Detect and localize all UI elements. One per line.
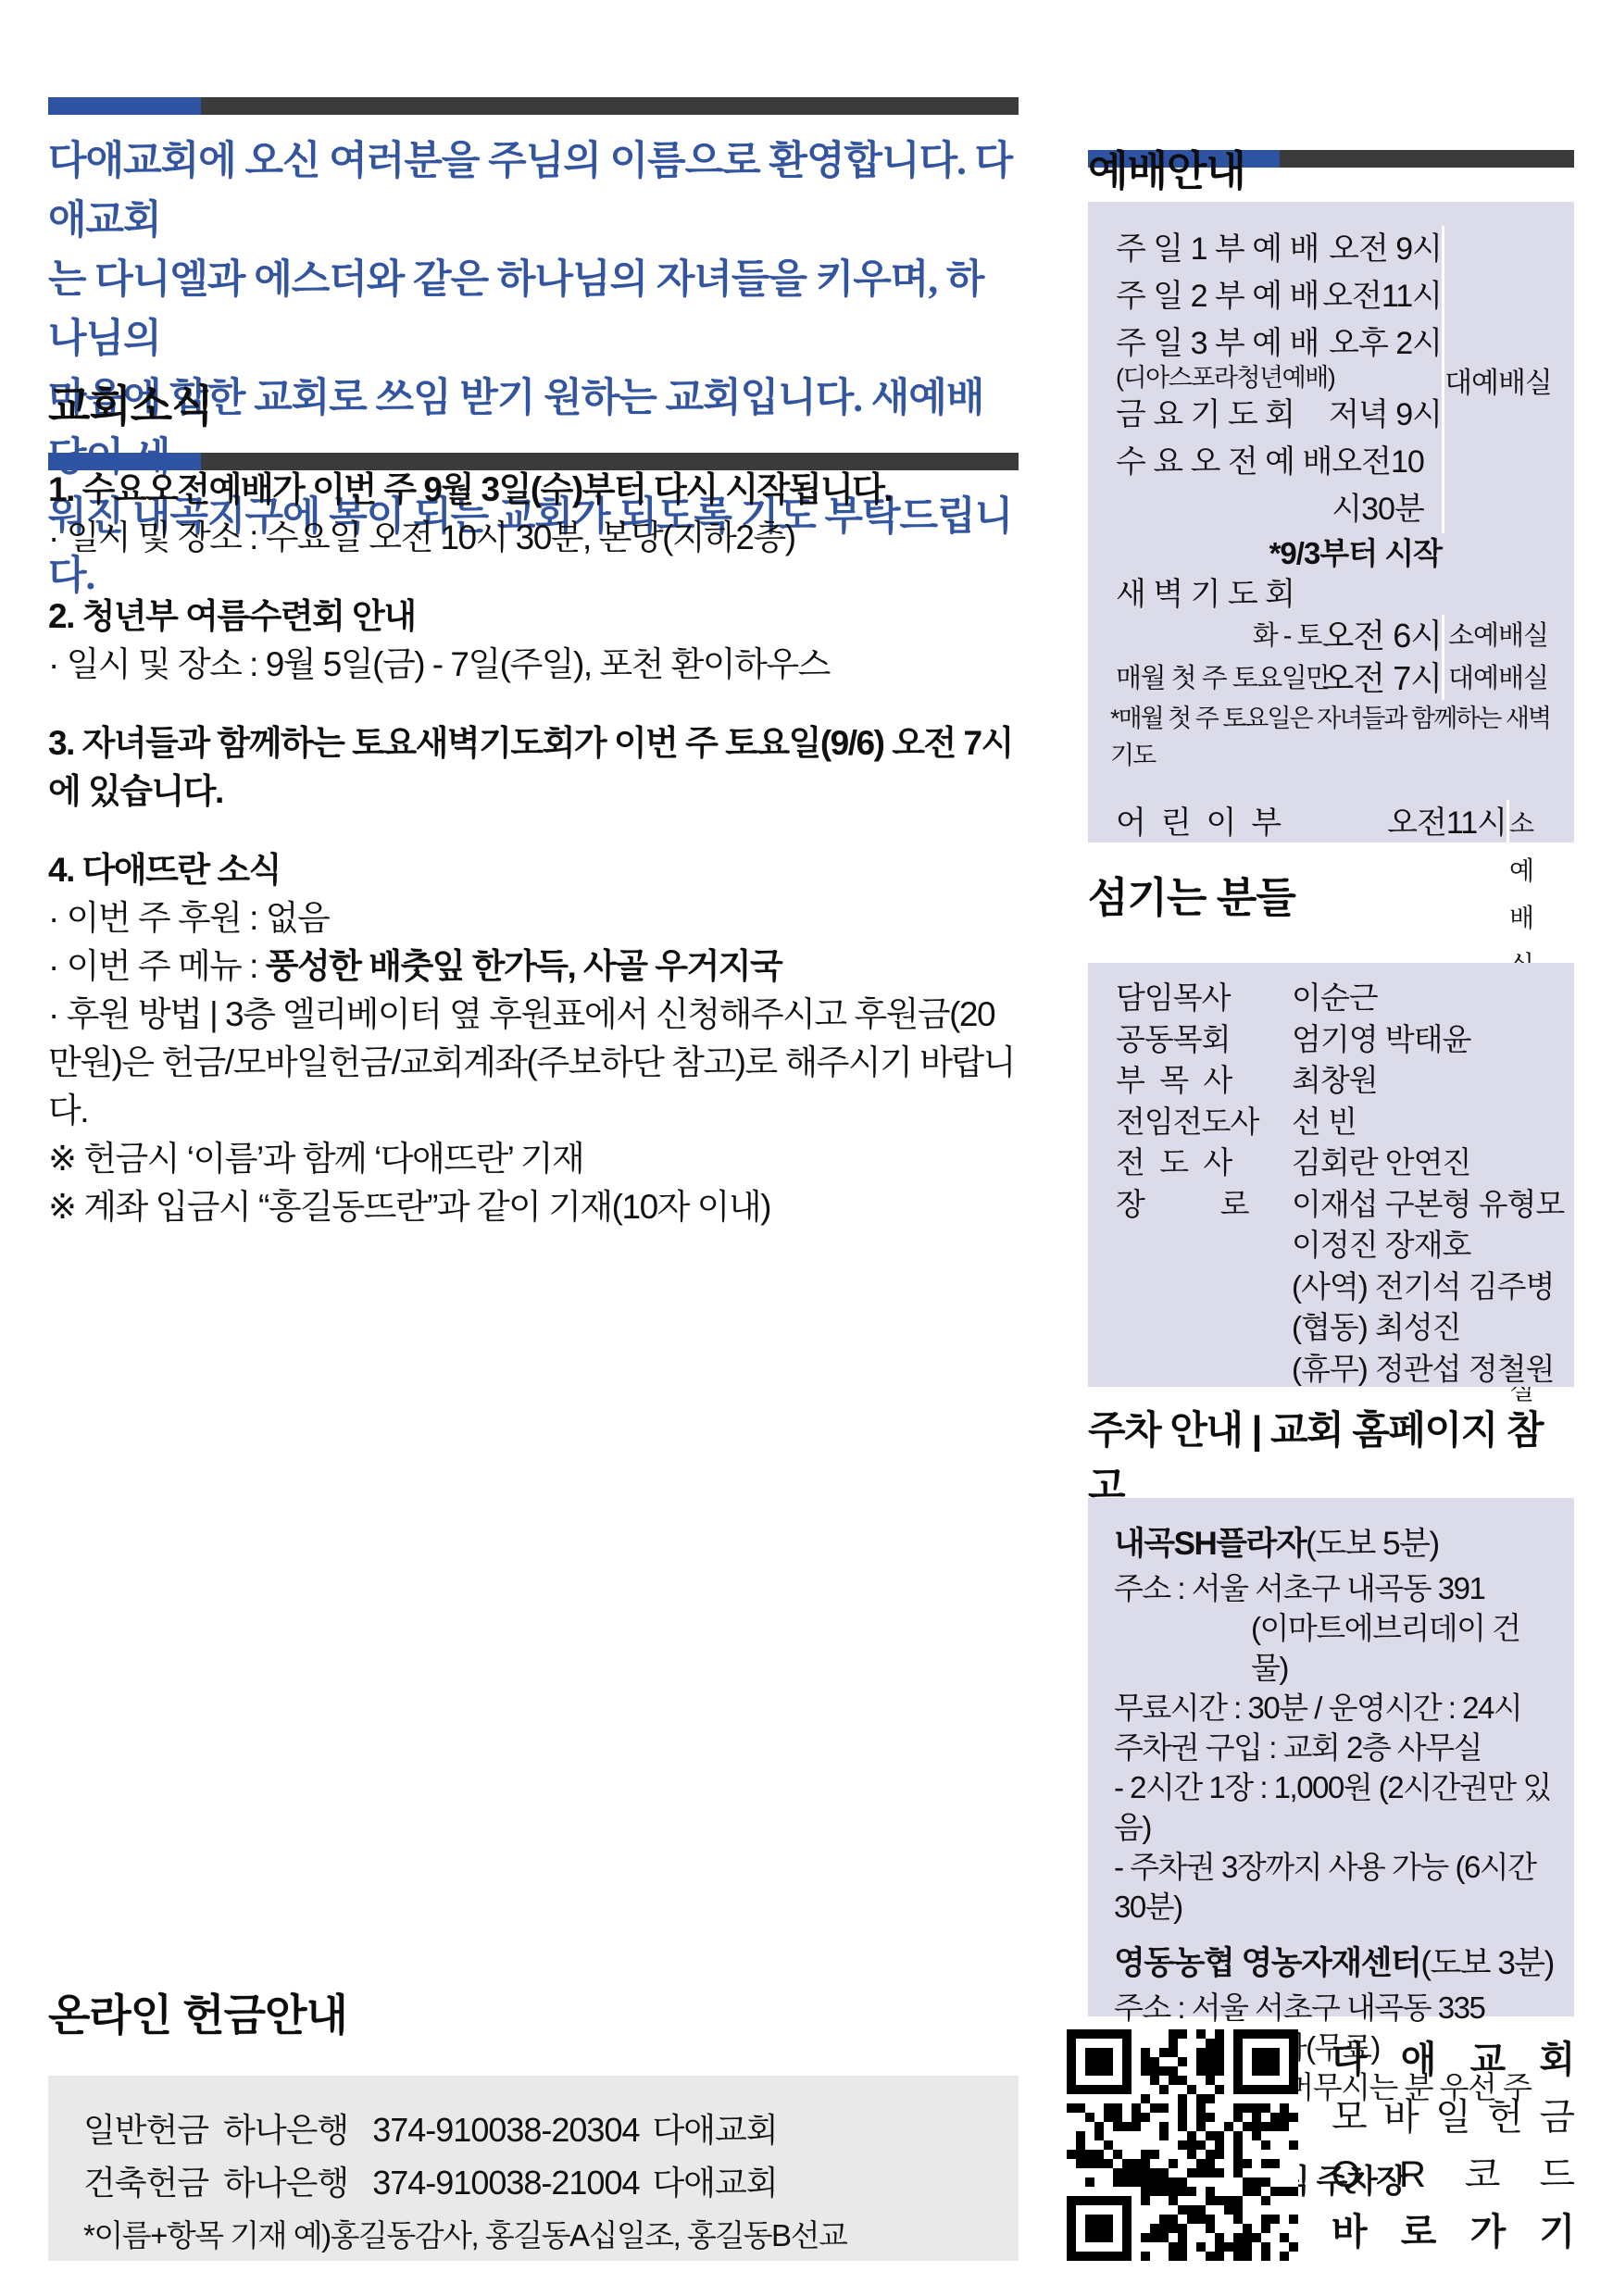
news-item-title: 1. 수요오전예배가 이번 주 9월 3일(수)부터 다시 시작됩니다. (48, 466, 1019, 514)
worship-heading: 예배안내 (1088, 137, 1574, 197)
mobile-giving-qr-section: 다 애 교 회 모 바 일 헌 금 Q R 코 드 바 로 가 기 (1067, 2029, 1574, 2261)
servant-names: 엄기영 박태윤 (1292, 1019, 1552, 1061)
parking-detail: 주소 : 서울 서초구 내곡동 391 (1114, 1568, 1556, 1608)
service-time: 오전 9시 (1329, 226, 1442, 273)
dawn-room: 대예배실 (1442, 657, 1552, 700)
welcome-line: 다애교회에 오신 여러분을 주님의 이름으로 환영합니다. 다애교회 (48, 132, 1019, 251)
start-date-note: *9/3부터 시작 (1116, 533, 1442, 574)
parking-walk-time: (도보 3분) (1420, 1945, 1553, 1981)
servant-role: 전임전도사 (1116, 1102, 1292, 1143)
qr-caption-line: 모 바 일 헌 금 (1332, 2089, 1574, 2146)
servant-names: (사역) 전기석 김주병 (1292, 1267, 1554, 1308)
servant-row: 전 도 사김회란 안연진 (1116, 1142, 1552, 1184)
dawn-days: 화 - 토 (1116, 615, 1321, 657)
parking-detail: - 주차권 3장까지 사용 가능 (6시간 30분) (1114, 1847, 1556, 1927)
news-item: 3. 자녀들과 함께하는 토요새벽기도회가 이번 주 토요일(9/6) 오전 7… (48, 719, 1019, 816)
worship-row: 금 요 기 도 회저녁 9시 (1116, 392, 1442, 439)
qr-code (1067, 2029, 1298, 2261)
servant-row: 공동목회엄기영 박태윤 (1116, 1019, 1552, 1061)
service-time: 오전11시 (1322, 273, 1442, 320)
worship-row: 수 요 오 전 예 배오전10시30분 (1116, 439, 1442, 533)
online-giving-panel: 일반헌금하나은행374-910038-20304다애교회 건축헌금하나은행374… (48, 2076, 1019, 2261)
worship-row: 주 일 3 부 예 배오후 2시 (1116, 320, 1442, 368)
servant-row: (사역) 전기석 김주병 (1116, 1267, 1552, 1308)
bank-account-row: 건축헌금하나은행374-910038-21004다애교회 (83, 2156, 991, 2209)
account-number: 374-910038-21004 (372, 2164, 639, 2202)
account-holder: 다애교회 (653, 2164, 778, 2202)
servant-role: 전 도 사 (1116, 1142, 1292, 1184)
news-item-title: 3. 자녀들과 함께하는 토요새벽기도회가 이번 주 토요일(9/6) 오전 7… (48, 719, 1019, 816)
bank-name: 하나은행 (223, 2164, 348, 2202)
worship-main-block: 주 일 1 부 예 배오전 9시 주 일 2 부 예 배오전11시 주 일 3 … (1116, 226, 1552, 533)
servant-names: 최창원 (1292, 1060, 1552, 1102)
servant-row: (휴무) 정관섭 정철원 (1116, 1349, 1552, 1391)
service-subtitle: (디아스포라청년예배) (1116, 364, 1442, 392)
servants-heading: 섬기는 분들 (1088, 864, 1574, 924)
giving-note: *이름+항목 기재 예)홍길동감사, 홍길동A십일조, 홍길동B선교 (83, 2209, 991, 2262)
parking-heading: 주차 안내 | 교회 홈페이지 참고 (1088, 1400, 1574, 1511)
servant-role: 담임목사 (1116, 978, 1292, 1019)
service-name: 금 요 기 도 회 (1116, 392, 1294, 439)
parking-lot-name: 내곡SH플라자 (1114, 1526, 1306, 1562)
news-item-title: 4. 다애뜨란 소식 (48, 846, 1019, 894)
worship-row: 주 일 2 부 예 배오전11시 (1116, 273, 1442, 320)
servant-names: 김회란 안연진 (1292, 1142, 1552, 1184)
qr-caption-line: 다 애 교 회 (1332, 2031, 1574, 2089)
service-time: 오전10시30분 (1332, 439, 1442, 533)
bank-name: 하나은행 (223, 2111, 348, 2149)
servant-names: (휴무) 정관섭 정철원 (1292, 1349, 1554, 1391)
news-item-detail: · 일시 및 장소 : 수요일 오전 10시 30분, 본당(지하2층) (48, 514, 1019, 562)
account-type: 일반헌금 (83, 2111, 208, 2149)
service-time: 저녁 9시 (1329, 392, 1442, 439)
servant-row: 이정진 장재호 (1116, 1225, 1552, 1267)
dawn-room: 소예배실 (1442, 615, 1552, 657)
news-item-note: ※ 계좌 입금시 “홍길동뜨란”과 같이 기재(10자 이내) (48, 1183, 1019, 1231)
parking-lot-heading: 내곡SH플라자(도보 5분) (1114, 1520, 1556, 1568)
parking-panel: 내곡SH플라자(도보 5분) 주소 : 서울 서초구 내곡동 391 (이마트에… (1088, 1498, 1574, 2016)
parking-detail: 주소 : 서울 서초구 내곡동 335 (1114, 1988, 1556, 2028)
worship-row: 주 일 1 부 예 배오전 9시 (1116, 226, 1442, 273)
news-item-detail: · 일시 및 장소 : 9월 5일(금) - 7일(주일), 포천 환이하우스 (48, 641, 1019, 689)
parking-lot-heading: 영동농협 영농자재센터(도보 3분) (1114, 1940, 1556, 1988)
servant-names: 이정진 장재호 (1292, 1225, 1552, 1267)
news-item: 4. 다애뜨란 소식 · 이번 주 후원 : 없음 · 이번 주 메뉴 : 풍성… (48, 846, 1019, 1231)
church-news-list: 1. 수요오전예배가 이번 주 9월 3일(수)부터 다시 시작됩니다. · 일… (48, 466, 1019, 1262)
servant-role (1116, 1225, 1292, 1267)
servant-role: 공동목회 (1116, 1019, 1292, 1061)
news-item-title: 2. 청년부 여름수련회 안내 (48, 593, 1019, 641)
dawn-prayer-block: 화 - 토 오전 6시 소예배실 매월 첫 주 토요일만 오전 7시 대예배실 (1116, 615, 1552, 700)
dawn-time: 오전 7시 (1321, 657, 1442, 700)
menu-value: 풍성한 배춧잎 한가득, 사골 우거지국 (266, 947, 782, 985)
servant-names: 선 빈 (1292, 1102, 1552, 1143)
account-holder: 다애교회 (653, 2111, 778, 2149)
church-news-heading: 교회소식 (48, 372, 1019, 434)
account-type: 건축헌금 (83, 2164, 208, 2202)
service-name: 주 일 2 부 예 배 (1116, 273, 1319, 320)
news-item-detail: · 이번 주 메뉴 : 풍성한 배춧잎 한가득, 사골 우거지국 (48, 942, 1019, 991)
online-giving-heading: 온라인 헌금안내 (48, 1981, 1019, 2043)
qr-caption-line: 바 로 가 기 (1332, 2203, 1574, 2261)
account-number: 374-910038-20304 (372, 2111, 639, 2149)
parking-detail: 주차권 구입 : 교회 2층 사무실 (1114, 1728, 1556, 1767)
servant-row: 장 로이재섭 구본형 유형모 (1116, 1184, 1552, 1226)
dawn-time: 오전 6시 (1321, 615, 1442, 657)
bank-account-row: 일반헌금하나은행374-910038-20304다애교회 (83, 2103, 991, 2156)
servant-names: 이재섭 구본형 유형모 (1292, 1184, 1564, 1226)
parking-detail: - 2시간 1장 : 1,000원 (2시간권만 있음) (1114, 1767, 1556, 1847)
news-item-note: ※ 헌금시 ‘이름’과 함께 ‘다애뜨란’ 기재 (48, 1135, 1019, 1183)
dawn-days: 매월 첫 주 토요일만 (1116, 657, 1321, 700)
service-name: 주 일 3 부 예 배 (1116, 320, 1319, 368)
service-name: 주 일 1 부 예 배 (1116, 226, 1319, 273)
news-item: 1. 수요오전예배가 이번 주 9월 3일(수)부터 다시 시작됩니다. · 일… (48, 466, 1019, 562)
news-item-detail: · 후원 방법 | 3층 엘리베이터 옆 후원표에서 신청해주시고 후원금(20… (48, 991, 1019, 1135)
dawn-note: *매월 첫 주 토요일은 자녀들과 함께하는 새벽기도 (1110, 700, 1552, 774)
qr-caption: 다 애 교 회 모 바 일 헌 금 Q R 코 드 바 로 가 기 (1332, 2029, 1574, 2261)
parking-walk-time: (도보 5분) (1306, 1526, 1438, 1562)
servant-names: 이순근 (1292, 978, 1552, 1019)
servant-role (1116, 1307, 1292, 1349)
parking-detail: 무료시간 : 30분 / 운영시간 : 24시 (1114, 1688, 1556, 1728)
servant-names: (협동) 최성진 (1292, 1307, 1552, 1349)
menu-label: · 이번 주 메뉴 : (48, 947, 266, 985)
parking-detail: (이마트에브리데이 건물) (1114, 1608, 1556, 1688)
qr-caption-line: Q R 코 드 (1332, 2146, 1574, 2203)
worship-schedule-panel: 주 일 1 부 예 배오전 9시 주 일 2 부 예 배오전11시 주 일 3 … (1088, 202, 1574, 842)
service-room: 대예배실 (1442, 226, 1552, 533)
news-item-detail: · 이번 주 후원 : 없음 (48, 894, 1019, 942)
servant-row: 부 목 사최창원 (1116, 1060, 1552, 1102)
servant-role (1116, 1349, 1292, 1391)
parking-lot-name: 영동농협 영농자재센터 (1114, 1945, 1420, 1981)
news-item: 2. 청년부 여름수련회 안내 · 일시 및 장소 : 9월 5일(금) - 7… (48, 593, 1019, 689)
servant-role: 장 로 (1116, 1184, 1292, 1226)
servant-role (1116, 1267, 1292, 1308)
church-bulletin-page: { "colors":{"accent_blue":"#2e53a3","bar… (0, 0, 1613, 2296)
servant-row: 전임전도사선 빈 (1116, 1102, 1552, 1143)
welcome-section-bar (48, 97, 1019, 115)
welcome-line: 는 다니엘과 에스더와 같은 하나님의 자녀들을 키우며, 하나님의 (48, 251, 1019, 369)
service-time: 오후 2시 (1329, 320, 1442, 368)
servants-panel: 담임목사이순근 공동목회엄기영 박태윤 부 목 사최창원 전임전도사선 빈 전 … (1088, 963, 1574, 1387)
dawn-prayer-header: 새 벽 기 도 회 (1116, 574, 1552, 615)
servant-row: (협동) 최성진 (1116, 1307, 1552, 1349)
service-name: 수 요 오 전 예 배 (1116, 439, 1332, 533)
servant-row: 담임목사이순근 (1116, 978, 1552, 1019)
servant-role: 부 목 사 (1116, 1060, 1292, 1102)
